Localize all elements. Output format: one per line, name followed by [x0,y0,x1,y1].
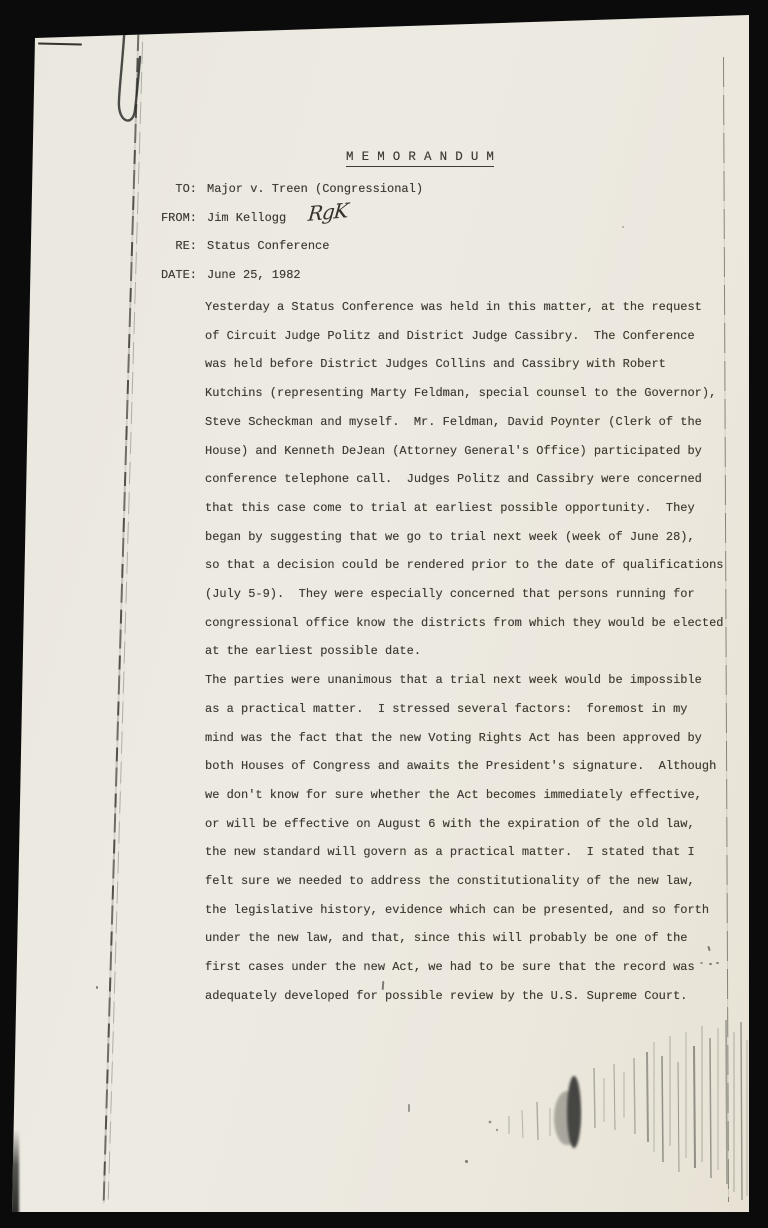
memo-body: Yesterday a Status Conference was held i… [205,293,745,1011]
memo-title: M E M O R A N D U M [346,150,494,167]
field-label-date: DATE: [155,268,197,297]
field-value-from: Jim Kellogg [207,211,286,240]
memo-header: TO: Major v. Treen (Congressional) FROM:… [155,182,423,297]
paperclip-icon [102,12,152,142]
fold-line [103,12,140,1204]
scan-background: M E M O R A N D U M TO: Major v. Treen (… [0,0,768,1228]
header-row-re: RE: Status Conference [155,239,423,268]
field-label-to: TO: [155,182,197,211]
memo-page: M E M O R A N D U M TO: Major v. Treen (… [12,12,749,1212]
field-label-from: FROM: [155,211,197,240]
header-row-from: FROM: Jim Kellogg [155,211,423,240]
ink-speck [700,962,703,964]
field-label-re: RE: [155,239,197,268]
ink-speck [622,226,624,228]
pen-mark [38,43,82,46]
scan-streak [10,1130,19,1218]
ink-speck [465,1160,468,1163]
header-row-to: TO: Major v. Treen (Congressional) [155,182,423,211]
memo-paragraph-1: Yesterday a Status Conference was held i… [205,293,745,666]
memo-paragraph-2: The parties were unanimous that a trial … [205,666,745,1010]
ink-speck [96,986,98,989]
ink-speck [408,1104,410,1112]
handwritten-initials: RgK [307,198,349,226]
fold-line-secondary [108,12,144,1200]
scan-smudge [482,1020,752,1204]
field-value-re: Status Conference [207,239,329,268]
